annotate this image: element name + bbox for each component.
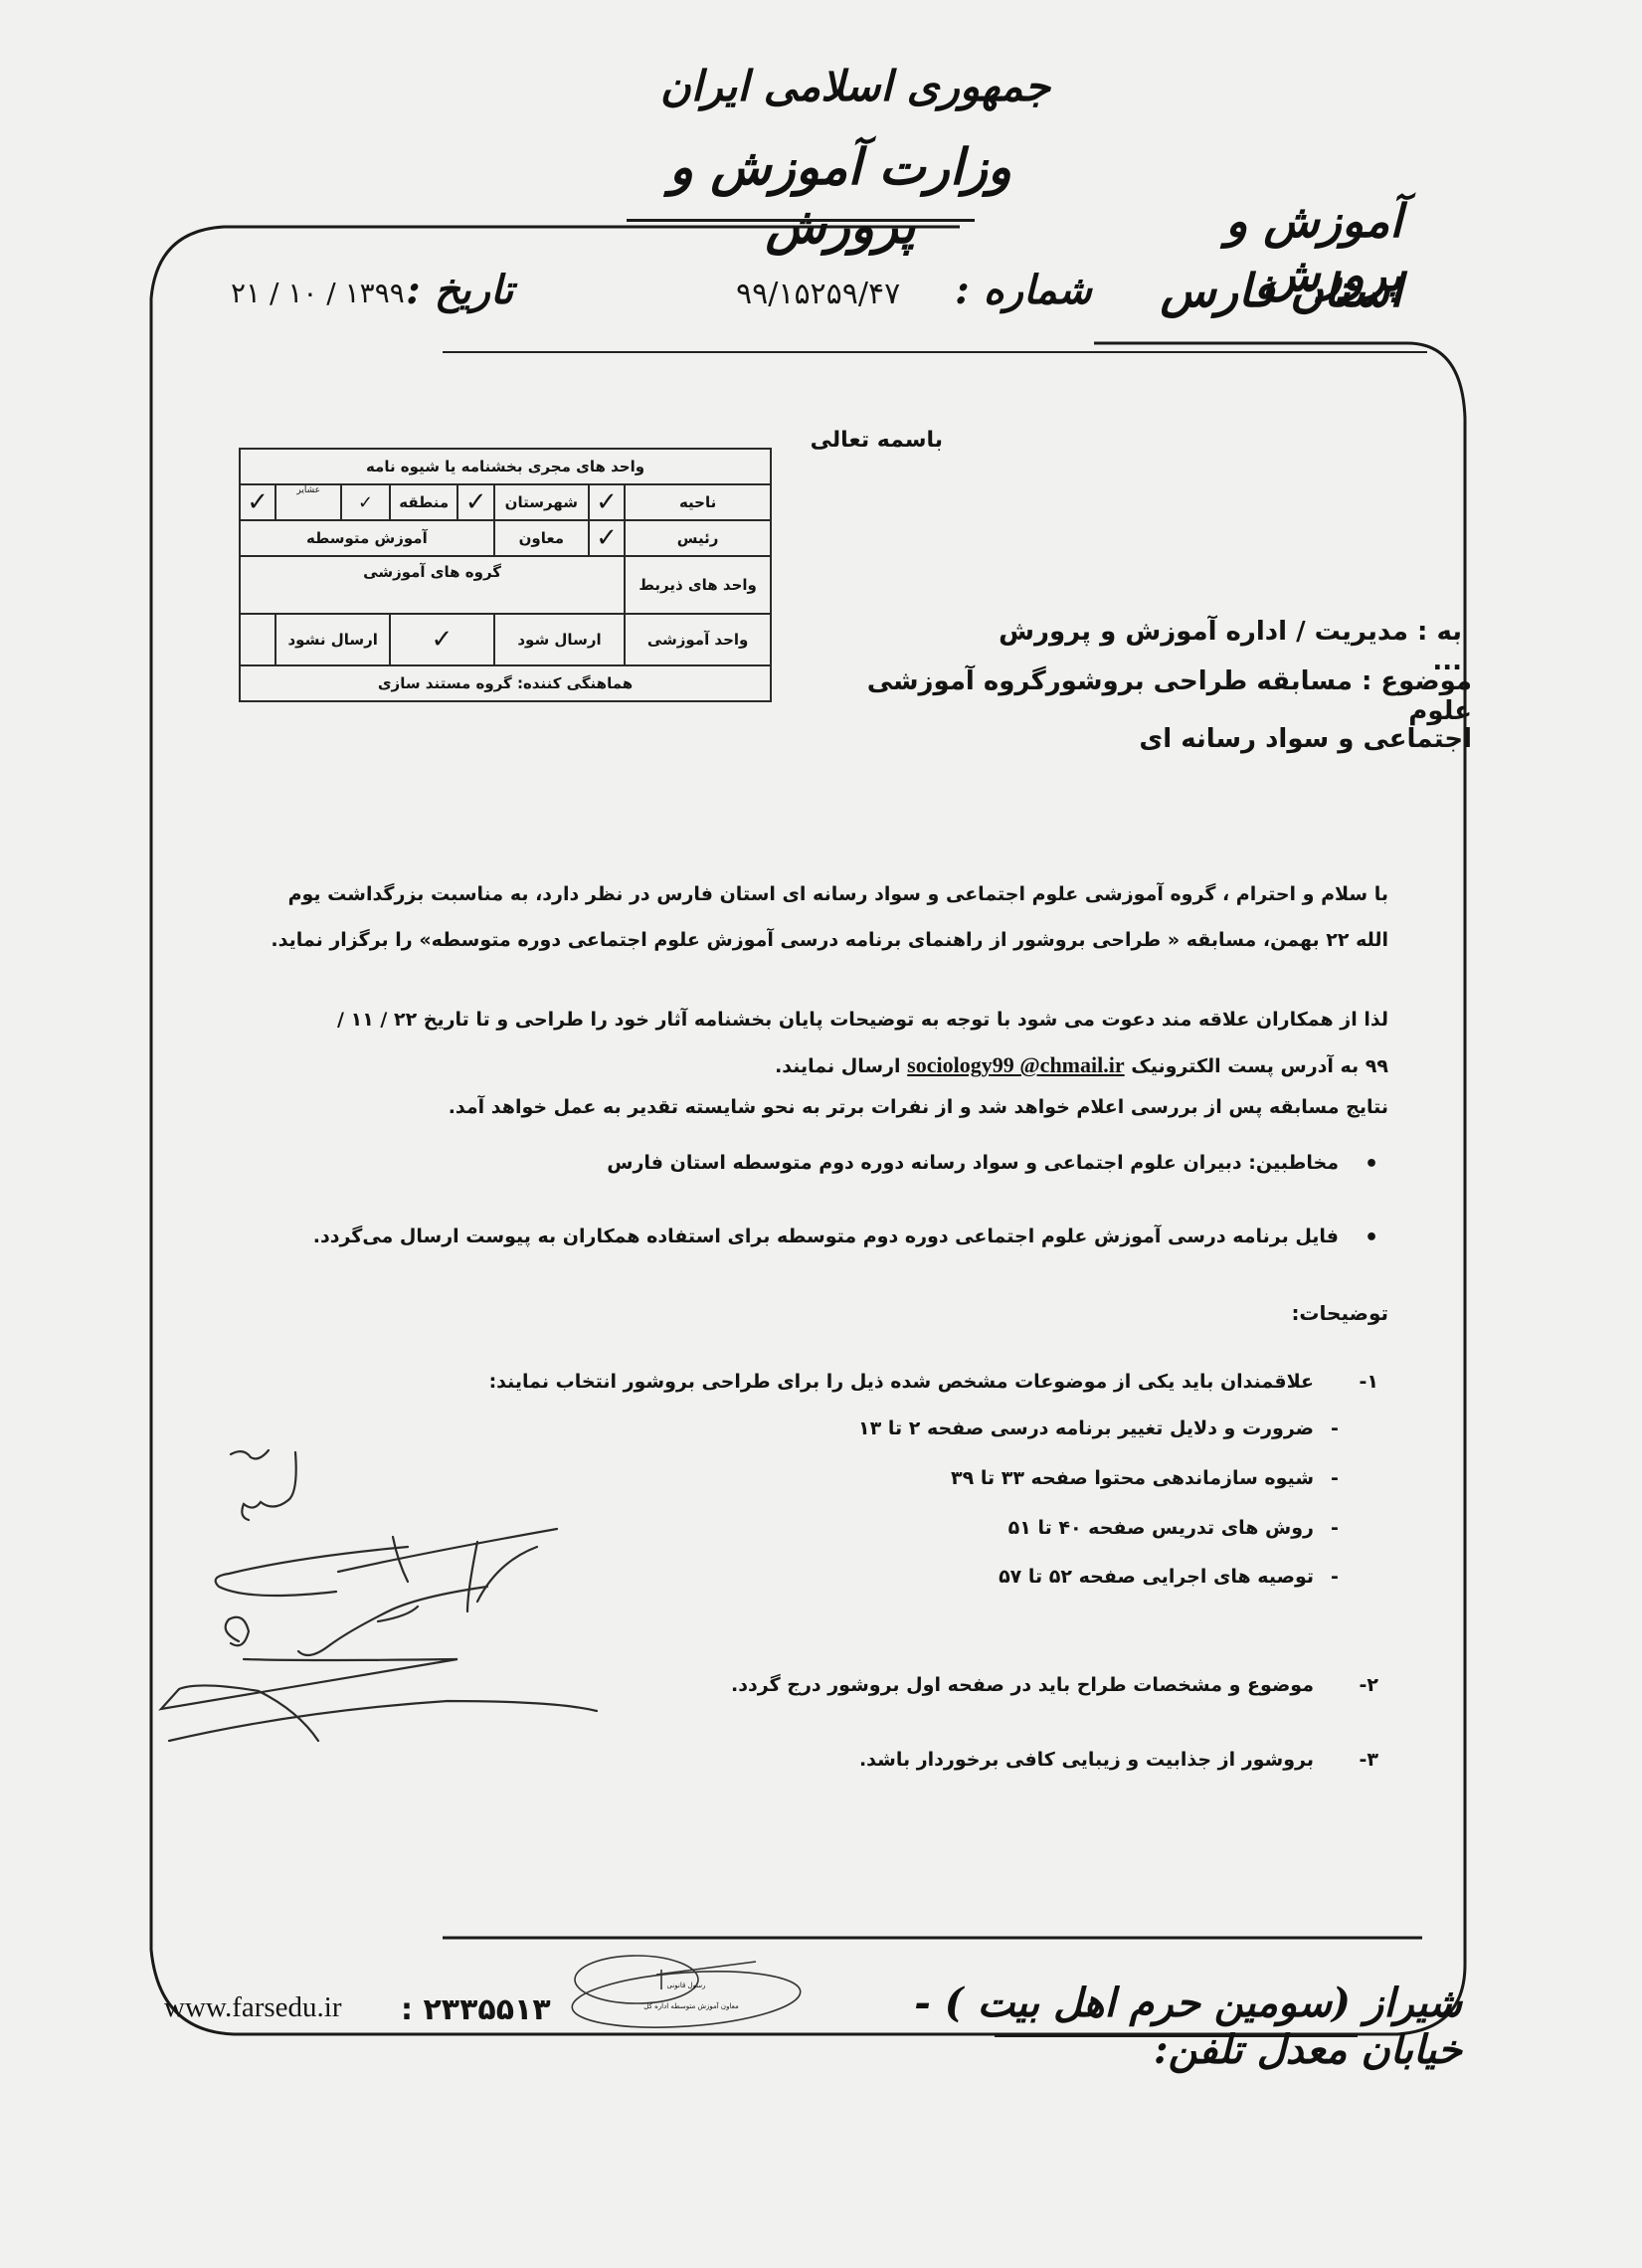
note-3: بروشور از جذابیت و زیبایی کافی برخوردار … [419,1749,1314,1771]
topic-1: ضرورت و دلایل تغییر برنامه درسی صفحه ۲ ت… [618,1417,1314,1439]
letter-frame [0,0,1642,2268]
bismillah: باسمه تعالی [796,428,943,453]
dash-icon: - [1331,1417,1339,1439]
ministry-title: وزارت آموزش و پرورش [607,137,1074,255]
check-icon: ✓ [589,520,625,556]
level-mantagheh: منطقه [390,484,457,520]
routing-table: واحد های مجری بخشنامه یا شیوه نامه ناحیه… [239,448,772,702]
paragraph-3: نتایج مسابقه پس از بررسی اعلام خواهد شد … [235,1090,1388,1124]
check-icon: ✓ [390,614,494,665]
bullet-attachment: • فایل برنامه درسی آموزش علوم اجتماعی دو… [245,1226,1339,1247]
paragraph-1-line-2: الله ۲۲ بهمن، مسابقه « طراحی بروشور از ر… [235,923,1388,957]
topic-2: شیوه سازماندهی محتوا صفحه ۳۳ تا ۳۹ [618,1467,1314,1489]
dash-icon: - [1331,1566,1339,1588]
paragraph-2-text: ۹۹ به آدرس پست الکترونیک [1131,1055,1388,1077]
number-label: شماره : [955,267,1092,313]
paragraph-2-line-2: ۹۹ به آدرس پست الکترونیک sociology99 @ch… [235,1048,1388,1083]
bullet-audience: • مخاطبین: دبیران علوم اجتماعی و سواد رس… [245,1152,1339,1174]
bullet-text: مخاطبین: دبیران علوم اجتماعی و سواد رسان… [607,1152,1339,1174]
subject-line-2: اجتماعی و سواد رسانه ای [835,724,1472,754]
send-unit-label: واحد آموزشی [625,614,771,665]
level-ashayer: عشایر [275,484,341,520]
note-number: ۲- [1360,1674,1379,1696]
stamp-name: رسول قانونی [627,1982,746,1989]
letter-number: ۹۹/۱۵۲۵۹/۴۷ [736,277,900,311]
routing-table-title: واحد های مجری بخشنامه یا شیوه نامه [240,449,771,484]
org-province: استان فارس [1104,264,1402,317]
topic-4: توصیه های اجرایی صفحه ۵۲ تا ۵۷ [618,1566,1314,1588]
header-rule [627,219,975,222]
notes-heading: توضیحات: [1291,1301,1388,1325]
subject-line-1: موضوع : مسابقه طراحی بروشورگروه آموزشی ع… [835,666,1472,726]
head-rais: رئیس [625,520,771,556]
paragraph-1-line-1: با سلام و احترام ، گروه آموزشی علوم اجتم… [235,877,1388,911]
empty-cell [240,614,275,665]
letter-date: ۱۳۹۹ / ۱۰ / ۲۱ [231,277,405,309]
note-number: ۳- [1360,1749,1379,1771]
related-units-value: گروه های آموزشی [240,556,625,614]
bullet-icon: • [1365,1226,1378,1250]
paragraph-2-tail: ارسال نمایند. [775,1055,900,1077]
footer-phone: ۲۳۳۵۵۱۳ : [401,1992,551,2027]
note-1: علاقمندان باید یکی از موضوعات مشخص شده ذ… [419,1371,1314,1393]
meta-rule [443,351,1427,353]
moaven-value: آموزش متوسطه [240,520,494,556]
head-moaven: معاون [494,520,589,556]
stamp-title: معاون آموزش متوسطه اداره کل [617,2002,766,2010]
note-2: موضوع و مشخصات طراح باید در صفحه اول برو… [419,1674,1314,1696]
paragraph-2-line-1: لذا از همکاران علاقه مند دعوت می شود با … [235,1003,1388,1037]
footer-address: شیراز (سومین حرم اهل بیت ) - خیابان معدل… [835,1980,1462,2073]
bullet-icon: • [1365,1152,1378,1177]
email-link[interactable]: sociology99 @chmail.ir [907,1052,1124,1077]
no-send-label: ارسال نشود [275,614,390,665]
level-shahrestan: شهرستان [494,484,589,520]
level-nahieh: ناحیه [625,484,771,520]
coordinator: هماهنگی کننده: گروه مستند سازی [240,665,771,701]
check-icon: ✓ [341,484,390,520]
check-icon: ✓ [240,484,275,520]
dash-icon: - [1331,1517,1339,1539]
check-icon: ✓ [457,484,493,520]
bullet-text: فایل برنامه درسی آموزش علوم اجتماعی دوره… [313,1226,1339,1247]
send-label: ارسال شود [494,614,625,665]
note-number: ۱- [1360,1371,1379,1393]
topic-3: روش های تدریس صفحه ۴۰ تا ۵۱ [618,1517,1314,1539]
date-label: تاریخ : [406,267,513,313]
check-icon: ✓ [589,484,625,520]
related-units-label: واحد های ذیربط [625,556,771,614]
dash-icon: - [1331,1467,1339,1489]
footer-website-link[interactable]: www.farsedu.ir [164,1991,342,2024]
country-title: جمهوری اسلامی ایران [637,62,1074,110]
